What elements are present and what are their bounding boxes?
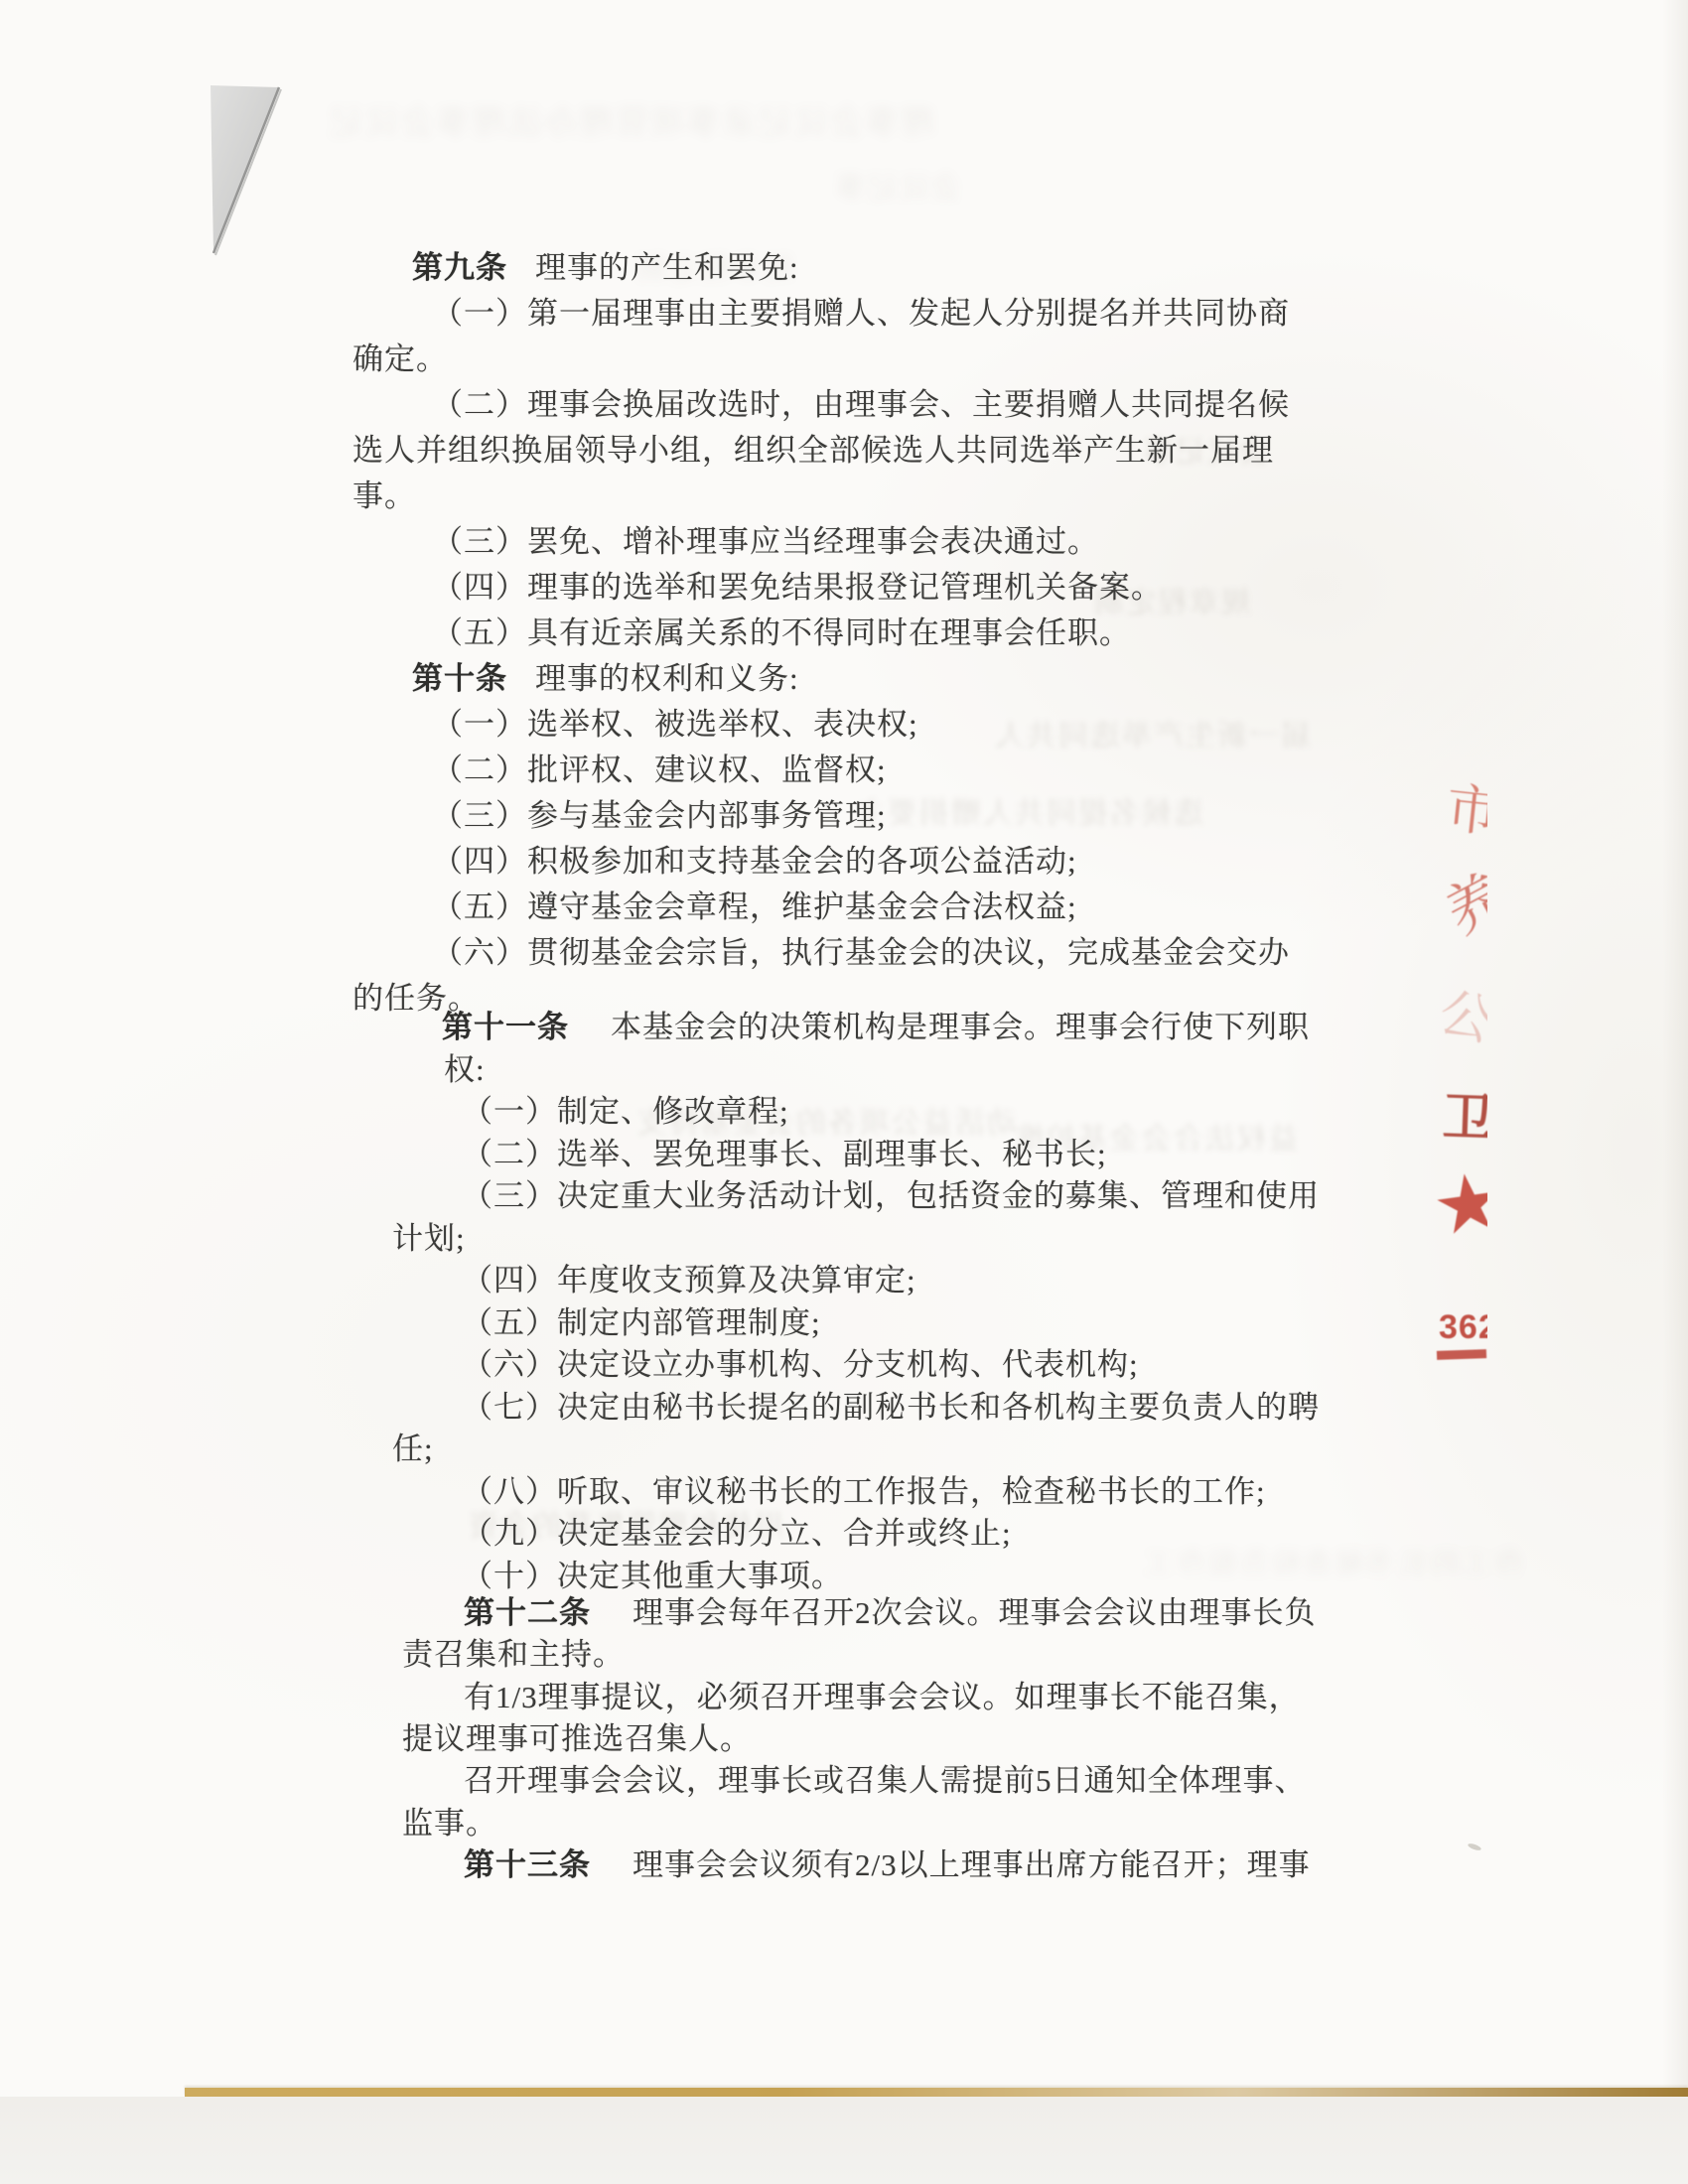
background-surface (0, 2097, 1688, 2184)
doc-line: 责召集和主持。 (402, 1635, 625, 1675)
article-number: 第十二条 (464, 1595, 591, 1630)
page-right-shading (1662, 0, 1688, 2097)
bleedthrough-text: 理事会议记录事项管理办法理事会议记 (328, 95, 935, 144)
scanned-page: 理事会议记录事项管理办法理事会议记 会议记事 规章程定制 会议记事 规章程定制 … (0, 0, 1688, 2097)
seal-number: 362 (1439, 1308, 1487, 1347)
doc-line: （四）理事的选举和罢免结果报登记管理机关备案。 (432, 568, 1163, 608)
doc-line: （三）参与基金会内部事务管理; (432, 796, 887, 836)
article-number: 第十条 (412, 661, 507, 696)
seal-underline (1437, 1349, 1486, 1360)
doc-line: （六）决定设立办事机构、分支机构、代表机构; (462, 1345, 1139, 1385)
doc-line: 计划; (392, 1219, 466, 1259)
doc-line: （四）积极参加和支持基金会的各项公益活动; (432, 842, 1077, 882)
article-heading: 第十条理事的权利和义务: (412, 659, 799, 699)
doc-line: （四）年度收支预算及决算审定; (462, 1261, 916, 1300)
doc-line: （五）制定内部管理制度; (462, 1303, 821, 1343)
page-bottom-edge (185, 2088, 1688, 2097)
doc-line: （一）选举权、被选举权、表决权; (432, 705, 918, 745)
seal-character: 卫 (1442, 1075, 1487, 1152)
article-heading: 第十二条理事会每年召开2次会议。理事会会议由理事长负 (464, 1593, 1317, 1633)
doc-line: （九）决定基金会的分立、合并或终止; (462, 1514, 1012, 1554)
seal-star-icon: ★ (1431, 1153, 1487, 1254)
doc-line: （七）决定由秘书长提名的副秘书长和各机构主要负责人的聘 (462, 1388, 1320, 1428)
doc-line: （三）决定重大业务活动计划，包括资金的募集、管理和使用 (462, 1176, 1320, 1216)
doc-line: （一）制定、修改章程; (462, 1092, 789, 1132)
doc-line: 权: (444, 1050, 486, 1090)
doc-line: 事。 (352, 477, 416, 516)
article-number: 第十一条 (442, 1010, 569, 1044)
article-number: 第九条 (412, 250, 507, 285)
bleedthrough-text: 届一新生产举选同共人 (993, 711, 1311, 754)
doc-line: 选人并组织换届领导小组，组织全部候选人共同选举产生新一届理 (352, 431, 1274, 471)
article-number: 第十三条 (464, 1847, 591, 1882)
bleedthrough-text: 作工的长书秘查检告报作工 (1142, 1539, 1523, 1582)
folded-corner (199, 77, 308, 271)
article-heading: 第十三条理事会会议须有2/3以上理事出席方能召开；理事 (464, 1845, 1311, 1885)
seal-character: 公 (1432, 970, 1487, 1057)
doc-line: （十）决定其他重大事项。 (462, 1557, 843, 1596)
scan-speck (1468, 1843, 1482, 1851)
doc-line: （六）贯彻基金会宗旨，执行基金会的决议，完成基金会交办 (432, 933, 1290, 973)
doc-line: （二）选举、罢免理事长、副理事长、秘书长; (462, 1135, 1107, 1174)
doc-line: （二）批评权、建议权、监督权; (432, 751, 887, 790)
bleedthrough-text: 选候名提同共人赠捐要主 (854, 788, 1203, 832)
doc-line: （一）第一届理事由主要捐赠人、发起人分别提名并共同协商 (432, 294, 1290, 334)
article-heading: 第十一条本基金会的决策机构是理事会。理事会行使下列职 (442, 1008, 1310, 1047)
doc-line: 有1/3理事提议，必须召开理事会会议。如理事长不能召集， (464, 1678, 1301, 1717)
article-heading: 第九条理事的产生和罢免: (412, 248, 799, 288)
doc-line: （五）遵守基金会章程，维护基金会合法权益; (432, 887, 1077, 927)
doc-line: （二）理事会换届改选时，由理事会、主要捐赠人共同提名候 (432, 385, 1290, 425)
doc-line: （三）罢免、增补理事应当经理事会表决通过。 (432, 522, 1099, 562)
doc-line: 监事。 (402, 1804, 497, 1843)
bleedthrough-text: 会议记事 (834, 163, 961, 206)
doc-line: 确定。 (352, 340, 448, 379)
doc-line: 召开理事会会议，理事长或召集人需提前5日通知全体理事、 (464, 1761, 1307, 1801)
seal-character: 养 (1431, 849, 1487, 949)
doc-line: （五）具有近亲属关系的不得同时在理事会任职。 (432, 614, 1131, 653)
doc-line: （八）听取、审议秘书长的工作报告，检查秘书长的工作; (462, 1472, 1266, 1512)
doc-line: 任; (392, 1430, 434, 1469)
seal-character: 市 (1443, 774, 1487, 848)
doc-line: 提议理事可推选召集人。 (402, 1719, 752, 1759)
official-seal-fragments: 市 养 公 卫 ★ 362 (1431, 774, 1487, 1372)
